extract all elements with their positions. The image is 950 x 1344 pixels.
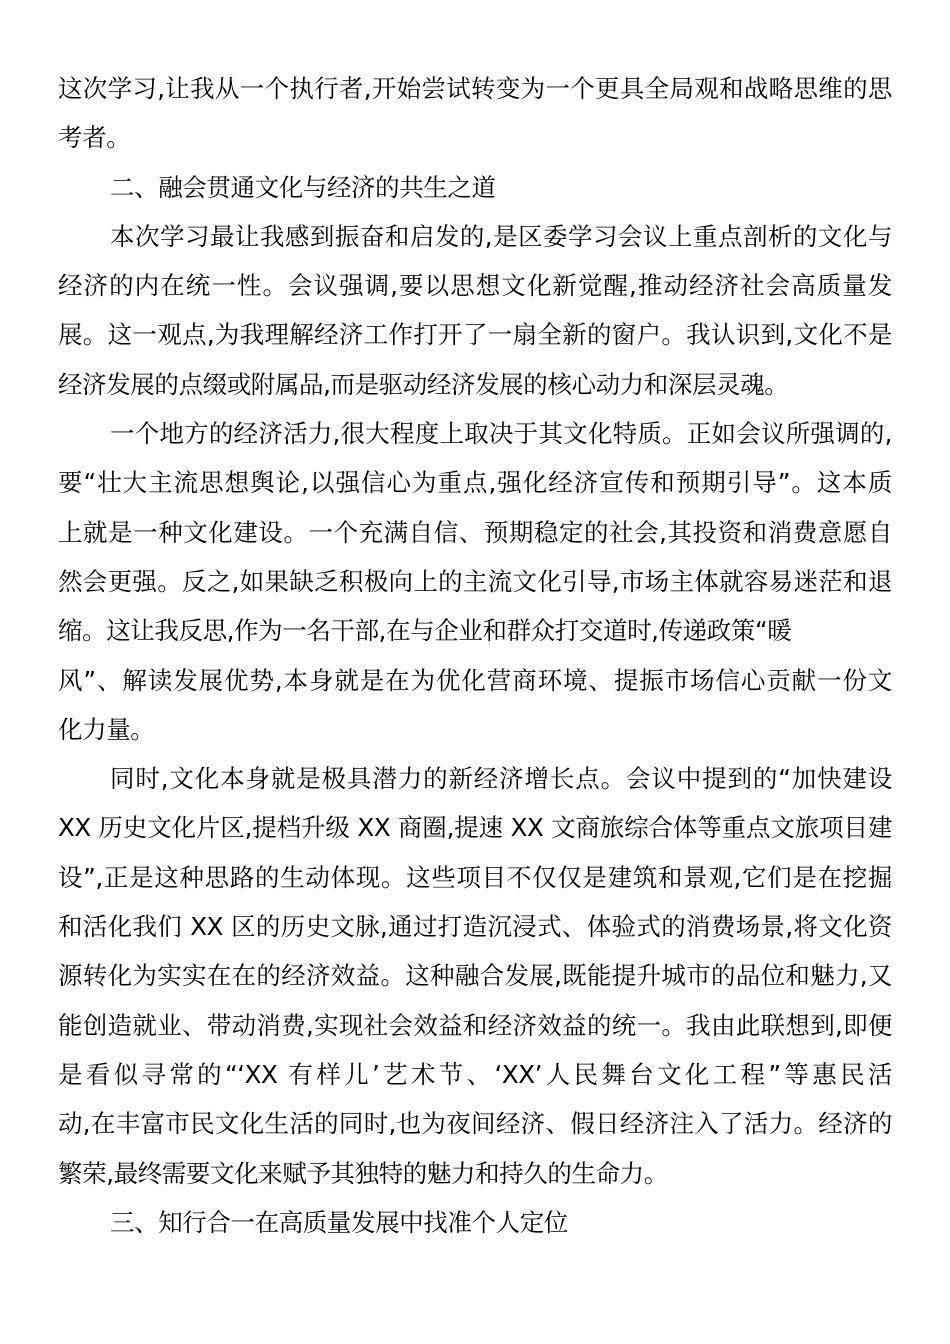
paragraph-line: 设”,正是这种思路的生动体现。这些项目不仅仅是建筑和景观,它们是在挖掘 (58, 853, 892, 902)
paragraph-line: 风”、解读发展优势,本身就是在为优化营商环境、提振市场信心贡献一份文 (58, 656, 892, 705)
paragraph-line: 是看似寻常的“‘XX 有样儿’艺术节、‘XX’人民舞台文化工程”等惠民活 (58, 1050, 892, 1099)
paragraph-line: XX 历史文化片区,提档升级 XX 商圈,提速 XX 文商旅综合体等重点文旅项目… (58, 803, 892, 852)
section-heading-2: 二、融会贯通文化与经济的共生之道 (58, 163, 892, 212)
paragraph-line: 上就是一种文化建设。一个充满自信、预期稳定的社会,其投资和消费意愿自 (58, 508, 892, 557)
paragraph-line: 动,在丰富市民文化生活的同时,也为夜间经济、假日经济注入了活力。经济的 (58, 1099, 892, 1148)
paragraph-line: 化力量。 (58, 705, 892, 754)
section-heading-3: 三、知行合一在高质量发展中找准个人定位 (58, 1198, 892, 1247)
paragraph-line: 要“壮大主流思想舆论,以强信心为重点,强化经济宣传和预期引导”。这本质 (58, 458, 892, 507)
paragraph-line: 源转化为实实在在的经济效益。这种融合发展,既能提升城市的品位和魅力,又 (58, 951, 892, 1000)
paragraph-line: 然会更强。反之,如果缺乏积极向上的主流文化引导,市场主体就容易迷茫和退 (58, 557, 892, 606)
paragraph-line: 本次学习最让我感到振奋和启发的,是区委学习会议上重点剖析的文化与 (58, 212, 892, 261)
paragraph-line: 一个地方的经济活力,很大程度上取决于其文化特质。正如会议所强调的, (58, 409, 892, 458)
paragraph-line: 经济的内在统一性。会议强调,要以思想文化新觉醒,推动经济社会高质量发 (58, 261, 892, 310)
document-page: 这次学习,让我从一个执行者,开始尝试转变为一个更具全局观和战略思维的思 考者。 … (58, 64, 892, 1247)
paragraph-line: 能创造就业、带动消费,实现社会效益和经济效益的统一。我由此联想到,即便 (58, 1001, 892, 1050)
paragraph-line: 繁荣,最终需要文化来赋予其独特的魅力和持久的生命力。 (58, 1149, 892, 1198)
paragraph-line: 缩。这让我反思,作为一名干部,在与企业和群众打交道时,传递政策“暖 (58, 606, 892, 655)
paragraph-line: 经济发展的点缀或附属品,而是驱动经济发展的核心动力和深层灵魂。 (58, 360, 892, 409)
paragraph-line: 同时,文化本身就是极具潜力的新经济增长点。会议中提到的“加快建设 (58, 754, 892, 803)
paragraph-line: 展。这一观点,为我理解经济工作打开了一扇全新的窗户。我认识到,文化不是 (58, 310, 892, 359)
paragraph-line: 考者。 (58, 113, 892, 162)
paragraph-line: 这次学习,让我从一个执行者,开始尝试转变为一个更具全局观和战略思维的思 (58, 64, 892, 113)
paragraph-line: 和活化我们 XX 区的历史文脉,通过打造沉浸式、体验式的消费场景,将文化资 (58, 902, 892, 951)
